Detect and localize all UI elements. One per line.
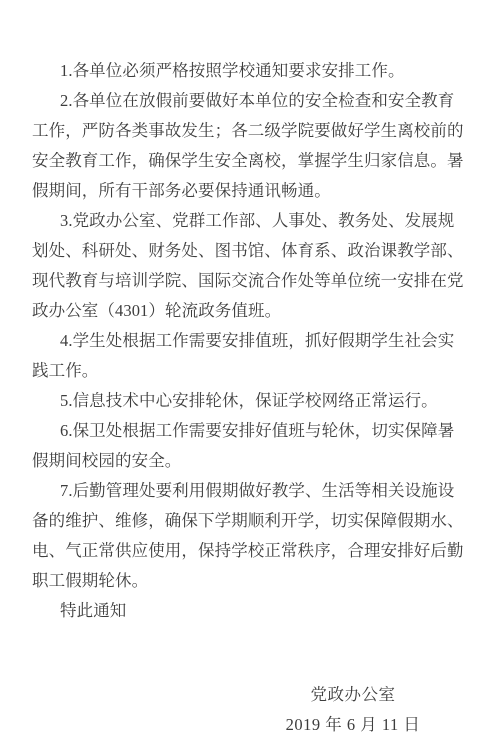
paragraph: 7.后勤管理处要利用假期做好教学、生活等相关设施设备的维护、维修，确保下学期顺利…: [32, 476, 461, 596]
text-line: 4.学生处根据工作需要安排值班，抓好假期学生社会实: [32, 326, 461, 356]
text-line: 特此通知: [32, 596, 461, 626]
text-line: 践工作。: [32, 356, 461, 386]
document-page: 1.各单位必须严格按照学校通知要求安排工作。2.各单位在放假前要做好本单位的安全…: [0, 0, 494, 748]
text-line: 电、气正常供应使用，保持学校正常秩序，合理安排好后勤: [32, 536, 461, 566]
text-line: 1.各单位必须严格按照学校通知要求安排工作。: [32, 56, 461, 86]
text-line: 政办公室（4301）轮流政务值班。: [32, 296, 461, 326]
text-line: 工作，严防各类事故发生；各二级学院要做好学生离校前的: [32, 116, 461, 146]
paragraph: 2.各单位在放假前要做好本单位的安全检查和安全教育工作，严防各类事故发生；各二级…: [32, 86, 461, 206]
text-line: 安全教育工作，确保学生安全离校，掌握学生归家信息。暑: [32, 146, 461, 176]
text-line: 备的维护、维修，确保下学期顺利开学，切实保障假期水、: [32, 506, 461, 536]
paragraph: 4.学生处根据工作需要安排值班，抓好假期学生社会实践工作。: [32, 326, 461, 386]
paragraph: 6.保卫处根据工作需要安排好值班与轮休，切实保障暑假期间校园的安全。: [32, 416, 461, 476]
text-line: 5.信息技术中心安排轮休，保证学校网络正常运行。: [32, 386, 461, 416]
text-line: 2.各单位在放假前要做好本单位的安全检查和安全教育: [32, 86, 461, 116]
notice-paragraphs: 1.各单位必须严格按照学校通知要求安排工作。2.各单位在放假前要做好本单位的安全…: [32, 56, 461, 626]
text-line: 职工假期轮休。: [32, 566, 461, 596]
text-line: 3.党政办公室、党群工作部、人事处、教务处、发展规: [32, 206, 461, 236]
paragraph: 3.党政办公室、党群工作部、人事处、教务处、发展规划处、科研处、财务处、图书馆、…: [32, 206, 461, 326]
signature-date: 2019 年 6 月 11 日: [263, 710, 443, 740]
signature-office: 党政办公室: [263, 680, 443, 710]
signature-block: 党政办公室 2019 年 6 月 11 日: [263, 680, 443, 740]
text-line: 6.保卫处根据工作需要安排好值班与轮休，切实保障暑: [32, 416, 461, 446]
text-line: 划处、科研处、财务处、图书馆、体育系、政治课教学部、: [32, 236, 461, 266]
text-line: 假期间校园的安全。: [32, 446, 461, 476]
paragraph: 5.信息技术中心安排轮休，保证学校网络正常运行。: [32, 386, 461, 416]
text-line: 7.后勤管理处要利用假期做好教学、生活等相关设施设: [32, 476, 461, 506]
text-line: 假期间，所有干部务必要保持通讯畅通。: [32, 176, 461, 206]
paragraph: 特此通知: [32, 596, 461, 626]
text-line: 现代教育与培训学院、国际交流合作处等单位统一安排在党: [32, 266, 461, 296]
paragraph: 1.各单位必须严格按照学校通知要求安排工作。: [32, 56, 461, 86]
notice-body: 1.各单位必须严格按照学校通知要求安排工作。2.各单位在放假前要做好本单位的安全…: [0, 0, 494, 748]
